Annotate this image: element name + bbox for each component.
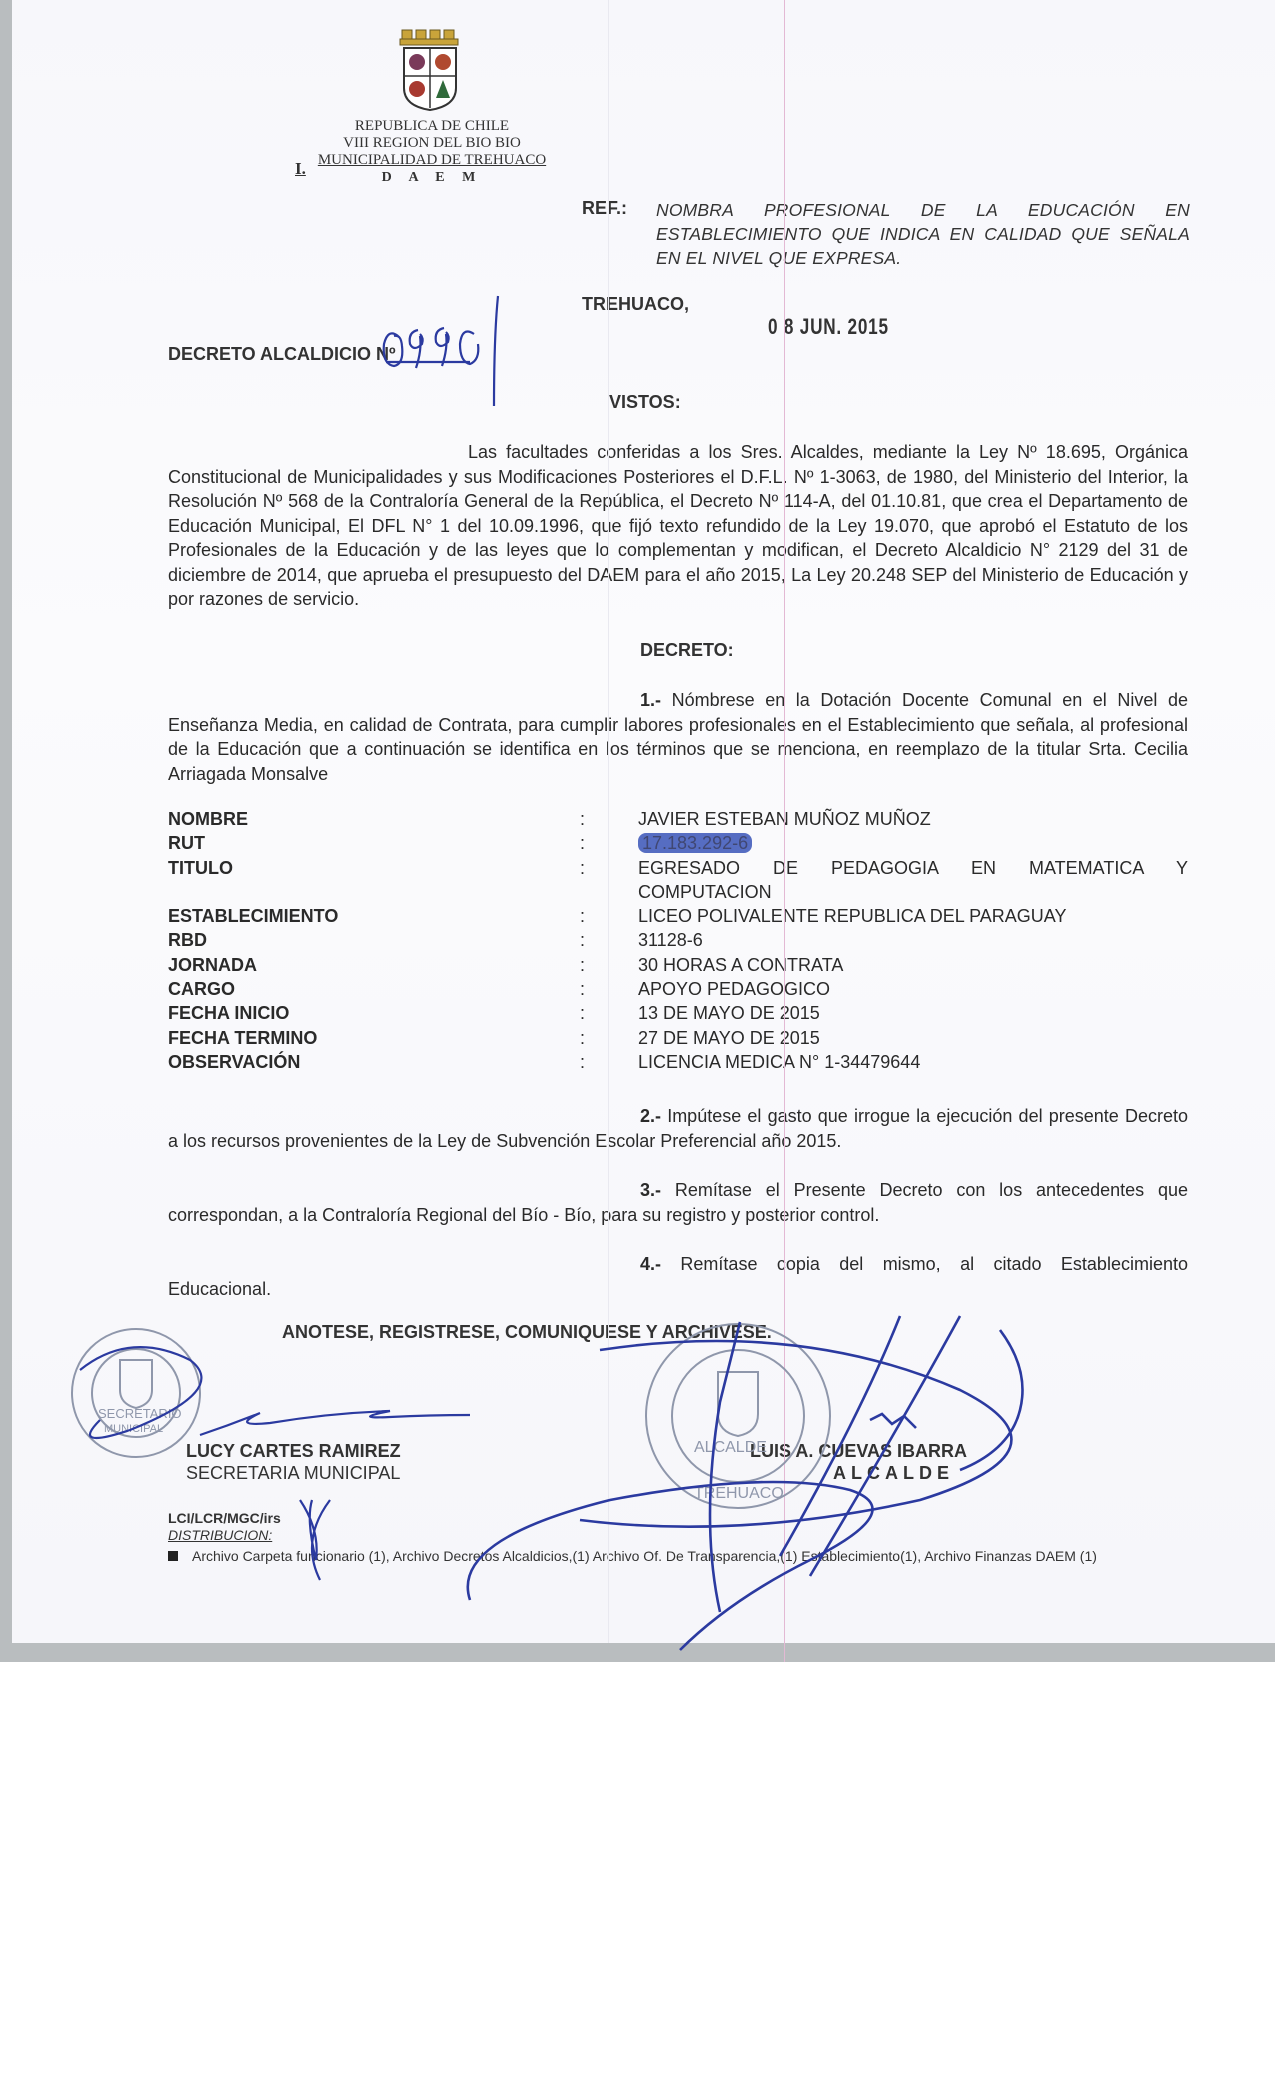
scan-artifact-line xyxy=(608,0,609,1643)
vistos-paragraph: Las facultades conferidas a los Sres. Al… xyxy=(168,440,1188,612)
field-row: NOMBRE:JAVIER ESTEBAN MUÑOZ MUÑOZ xyxy=(168,807,1188,831)
distribution-list: Archivo Carpeta funcionario (1), Archivo… xyxy=(168,1547,1188,1565)
field-row: FECHA INICIO:13 DE MAYO DE 2015 xyxy=(168,1001,1188,1025)
letterhead-municipality: MUNICIPALIDAD DE TREHUACO xyxy=(282,152,582,169)
place-label: TREHUACO, xyxy=(582,294,689,315)
decree-number-label: DECRETO ALCALDICIO Nº xyxy=(168,344,396,365)
field-row-continuation: COMPUTACION xyxy=(168,880,1188,904)
field-row: TITULO:EGRESADO DE PEDAGOGIA EN MATEMATI… xyxy=(168,856,1188,880)
bullet-icon xyxy=(168,1551,178,1561)
signature-block-mayor: LUIS A. CUEVAS IBARRA ALCALDE xyxy=(750,1440,967,1484)
field-row: CARGO:APOYO PEDAGOGICO xyxy=(168,977,1188,1001)
letterhead-prefix: I. xyxy=(295,159,306,179)
appointee-details: NOMBRE:JAVIER ESTEBAN MUÑOZ MUÑOZ RUT:17… xyxy=(168,807,1188,1074)
article-1: 1.- Nómbrese en la Dotación Docente Comu… xyxy=(168,688,1188,786)
ref-text: NOMBRA PROFESIONAL DE LA EDUCACIÓN EN ES… xyxy=(656,198,1190,270)
field-row: FECHA TERMINO:27 DE MAYO DE 2015 xyxy=(168,1026,1188,1050)
decreto-heading: DECRETO: xyxy=(640,640,734,661)
secretary-name: LUCY CARTES RAMIREZ xyxy=(186,1440,401,1462)
field-row: RUT:17.183.292-6 xyxy=(168,831,1188,855)
article-2: 2.- Impútese el gasto que irrogue la eje… xyxy=(168,1104,1188,1153)
date-stamp: 0 8 JUN. 2015 xyxy=(768,314,889,340)
distribution-heading: DISTRIBUCION: xyxy=(168,1527,272,1543)
article-3: 3.- Remítase el Presente Decreto con los… xyxy=(168,1178,1188,1227)
signature-block-secretary: LUCY CARTES RAMIREZ SECRETARIA MUNICIPAL xyxy=(186,1440,401,1484)
mayor-title: ALCALDE xyxy=(820,1462,967,1484)
field-row: JORNADA:30 HORAS A CONTRATA xyxy=(168,953,1188,977)
closing-formula: ANOTESE, REGISTRESE, COMUNIQUESE Y ARCHI… xyxy=(282,1322,772,1343)
initials: LCI/LCR/MGC/irs xyxy=(168,1510,281,1526)
rut-highlight: 17.183.292-6 xyxy=(638,833,752,853)
letterhead-department: D A E M xyxy=(282,169,582,186)
letterhead: REPUBLICA DE CHILE VIII REGION DEL BIO B… xyxy=(282,118,582,186)
mayor-name: LUIS A. CUEVAS IBARRA xyxy=(750,1440,967,1462)
field-row: OBSERVACIÓN:LICENCIA MEDICA N° 1-3447964… xyxy=(168,1050,1188,1074)
coat-of-arms-icon xyxy=(398,28,468,112)
scan-artifact-line xyxy=(784,0,785,1662)
ref-label: REF.: xyxy=(582,198,627,219)
letterhead-region: VIII REGION DEL BIO BIO xyxy=(282,135,582,152)
field-row: RBD:31128-6 xyxy=(168,928,1188,952)
secretary-title: SECRETARIA MUNICIPAL xyxy=(186,1462,401,1484)
document-page: REPUBLICA DE CHILE VIII REGION DEL BIO B… xyxy=(12,0,1275,1643)
letterhead-country: REPUBLICA DE CHILE xyxy=(282,118,582,135)
vistos-heading: VISTOS: xyxy=(609,392,681,413)
article-4: 4.- Remítase copia del mismo, al citado … xyxy=(168,1252,1188,1301)
field-row: ESTABLECIMIENTO:LICEO POLIVALENTE REPUBL… xyxy=(168,904,1188,928)
